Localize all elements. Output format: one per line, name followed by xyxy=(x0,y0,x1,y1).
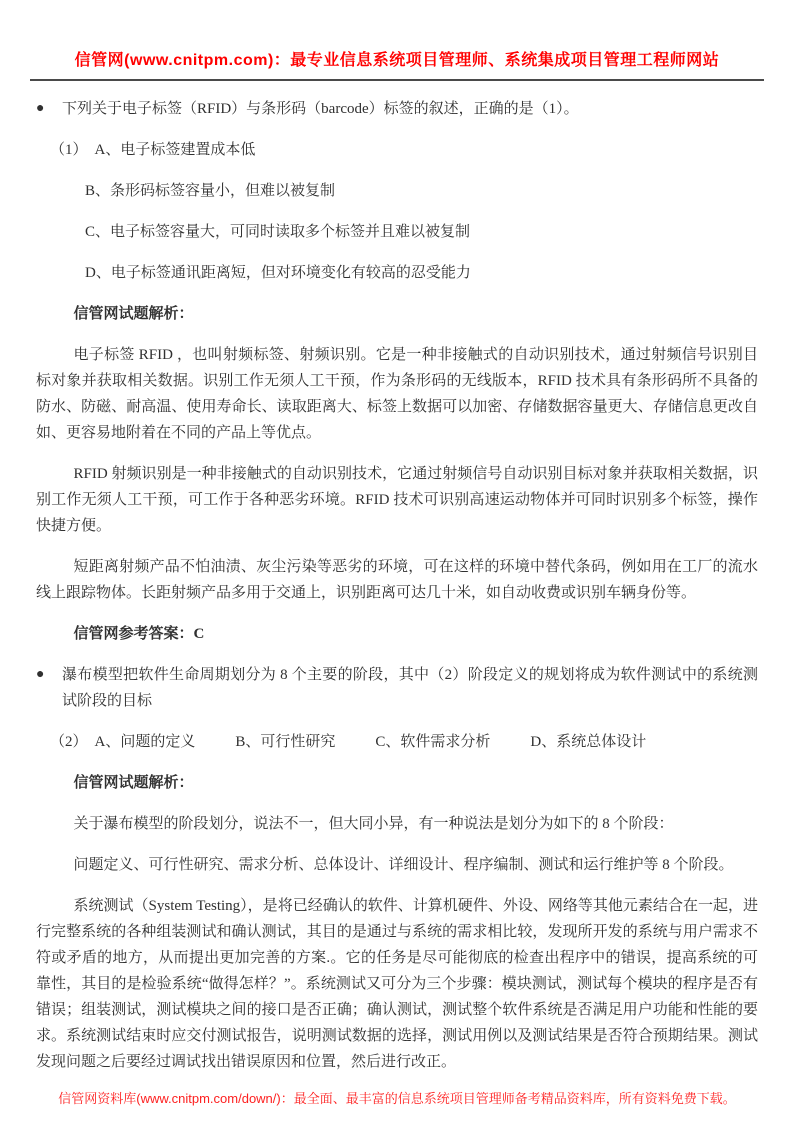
question-2-analysis-title: 信管网试题解析： xyxy=(36,770,758,796)
site-footer-banner: 信管网资料库(www.cnitpm.com/down/)：最全面、最丰富的信息系… xyxy=(36,1088,758,1107)
option-b-label: B、条形码标签容量小，但难以被复制 xyxy=(85,183,335,199)
question-1: ● 下列关于电子标签（RFID）与条形码（barcode）标签的叙述，正确的是（… xyxy=(36,96,758,122)
question-2-analysis-paragraph-1: 关于瀑布模型的阶段划分，说法不一，但大同小异，有一种说法是划分为如下的 8 个阶… xyxy=(36,811,758,837)
question-1-analysis-paragraph-2: RFID 射频识别是一种非接触式的自动识别技术，它通过射频信号自动识别目标对象并… xyxy=(36,461,758,539)
option-d-label: D、系统总体设计 xyxy=(530,734,646,750)
question-2-analysis-paragraph-3: 系统测试（System Testing），是将已经确认的软件、计算机硬件、外设、… xyxy=(36,893,758,1075)
question-1-option-b: B、条形码标签容量小，但难以被复制 xyxy=(36,178,758,204)
question-2: ● 瀑布模型把软件生命周期划分为 8 个主要的阶段，其中（2）阶段定义的规划将成… xyxy=(36,662,758,714)
question-1-analysis-paragraph-3: 短距离射频产品不怕油渍、灰尘污染等恶劣的环境，可在这样的环境中替代条码，例如用在… xyxy=(36,554,758,606)
question-2-options: （2）A、问题的定义B、可行性研究C、软件需求分析D、系统总体设计 xyxy=(36,729,758,755)
question-1-number: （1） xyxy=(50,142,88,158)
bullet-icon: ● xyxy=(36,662,62,688)
question-2-number: （2） xyxy=(50,734,88,750)
question-1-stem: 下列关于电子标签（RFID）与条形码（barcode）标签的叙述，正确的是（1）… xyxy=(62,96,758,122)
site-header-banner: 信管网(www.cnitpm.com)：最专业信息系统项目管理师、系统集成项目管… xyxy=(30,0,764,81)
bullet-icon: ● xyxy=(36,96,62,122)
option-b-label: B、可行性研究 xyxy=(235,734,335,750)
option-d-label: D、电子标签通讯距离短，但对环境变化有较高的忍受能力 xyxy=(85,265,471,281)
site-header-text: 信管网(www.cnitpm.com)：最专业信息系统项目管理师、系统集成项目管… xyxy=(75,52,720,69)
site-footer-text: 信管网资料库(www.cnitpm.com/down/)：最全面、最丰富的信息系… xyxy=(58,1091,735,1106)
question-1-option-d: D、电子标签通讯距离短，但对环境变化有较高的忍受能力 xyxy=(36,260,758,286)
document-page: 信管网(www.cnitpm.com)：最专业信息系统项目管理师、系统集成项目管… xyxy=(0,0,793,1107)
question-1-answer: 信管网参考答案：C xyxy=(36,621,758,647)
question-2-stem: 瀑布模型把软件生命周期划分为 8 个主要的阶段，其中（2）阶段定义的规划将成为软… xyxy=(62,662,758,714)
question-1-option-a: （1）A、电子标签建置成本低 xyxy=(36,137,758,163)
option-a-label: A、电子标签建置成本低 xyxy=(95,142,256,158)
question-1-analysis-paragraph-1: 电子标签 RFID ，也叫射频标签、射频识别。它是一种非接触式的自动识别技术，通… xyxy=(36,342,758,446)
question-2-analysis-paragraph-2: 问题定义、可行性研究、需求分析、总体设计、详细设计、程序编制、测试和运行维护等 … xyxy=(36,852,758,878)
question-1-option-c: C、电子标签容量大，可同时读取多个标签并且难以被复制 xyxy=(36,219,758,245)
option-c-label: C、软件需求分析 xyxy=(375,734,490,750)
option-a-label: A、问题的定义 xyxy=(95,734,196,750)
question-1-analysis-title: 信管网试题解析： xyxy=(36,301,758,327)
option-c-label: C、电子标签容量大，可同时读取多个标签并且难以被复制 xyxy=(85,224,470,240)
